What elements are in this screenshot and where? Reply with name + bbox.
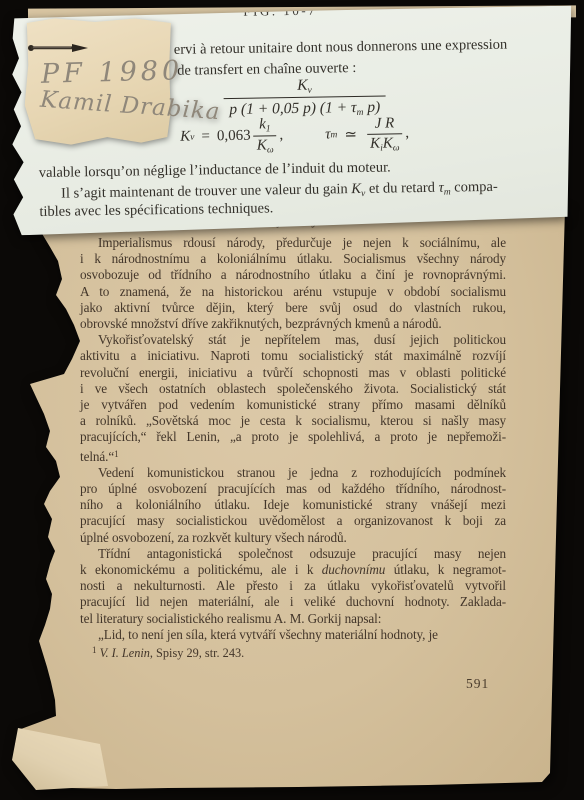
text-line: úplné osvobození, za rozkvět kultury vše… bbox=[80, 530, 506, 546]
text-segment: telná.“ bbox=[80, 449, 114, 464]
footnote-author: V. I. Lenin bbox=[100, 646, 150, 660]
text-line: Třídní antagonistická společnost odsuzuj… bbox=[80, 546, 506, 562]
approx-sign: ≃ bbox=[344, 125, 357, 144]
body-text: Imperialismus rdousí národy, předurčuje … bbox=[80, 235, 506, 643]
text-line: Vedení komunistickou stranou je jedna z … bbox=[80, 465, 506, 481]
handwritten-line: PF 1980 bbox=[41, 55, 184, 90]
text-line: i k národnostnímu a koloniálnímu útlaku.… bbox=[80, 251, 506, 267]
text-line: pro úplné osvobození pracujících mas od … bbox=[80, 481, 506, 497]
comma: , bbox=[405, 125, 409, 142]
text-line: telná.“1 bbox=[80, 446, 506, 465]
page-number: 591 bbox=[466, 676, 489, 692]
text-line: pracující masy socialistickou uvědomělos… bbox=[80, 513, 506, 529]
text-line: „Lid, to není jen síla, která vytváří vš… bbox=[80, 627, 506, 643]
text-line: revoluční energii, iniciativu a tvůrčí s… bbox=[80, 365, 506, 381]
math-subscript: m bbox=[330, 130, 337, 140]
text-line: je vytvářen pod vedením komunistické str… bbox=[80, 397, 506, 413]
math-subscript: ω bbox=[393, 143, 400, 153]
math-subscript: v bbox=[307, 86, 311, 96]
inline-fraction: J R KiKω bbox=[367, 115, 403, 154]
footnote: 1 V. I. Lenin, Spisy 29, str. 243. bbox=[92, 645, 244, 661]
pinned-note-layer: PF 1980 Kamil Drabika bbox=[0, 0, 300, 200]
text-line: a rolníků. „Sovětská moc je cesta k soci… bbox=[80, 413, 506, 429]
text-line: jako aktivní tvůrce dějin, který bere sv… bbox=[80, 300, 506, 316]
text-line: Vykořisťovatelský stát je nepřítelem mas… bbox=[80, 332, 506, 348]
text-line: pracujících,“ řekl Lenin, „a proto je sp… bbox=[80, 429, 506, 445]
text-line: i ve všech ostatních oblastech společens… bbox=[80, 381, 506, 397]
text-line: k ekonomickému a politickému, ale i k du… bbox=[80, 562, 506, 578]
text-line: tel literatury socialistického realismu … bbox=[80, 611, 506, 627]
formula-denominator: KiKω bbox=[367, 133, 403, 154]
math-var: K bbox=[370, 135, 380, 151]
pin-icon bbox=[26, 40, 92, 56]
text-segment: et du retard bbox=[365, 180, 439, 197]
text-segment: compa- bbox=[450, 179, 497, 196]
text-line: osvobozuje od třídního a národnostního ú… bbox=[80, 267, 506, 283]
text-line: aktivitu a iniciativu. Naproti tomu soci… bbox=[80, 348, 506, 364]
text-line: nosti a nekulturnosti. Ale přesto i za ú… bbox=[80, 578, 506, 594]
math-var: K bbox=[351, 181, 361, 197]
text-line: pracující lid nejen materiální, ale i ve… bbox=[80, 594, 506, 610]
scanned-document: oblasti výstavby. Imperialismus rdousí n… bbox=[0, 0, 584, 800]
text-line: A to znamená, že na historickou arénu vs… bbox=[80, 284, 506, 300]
footnote-marker: 1 bbox=[92, 645, 97, 655]
book-page: oblasti výstavby. Imperialismus rdousí n… bbox=[8, 208, 566, 792]
footnote-marker: 1 bbox=[114, 449, 118, 459]
text-line: tibles avec les spécifications technique… bbox=[39, 200, 273, 221]
text-line: obrovské množství dříve zakřiknutých, be… bbox=[80, 316, 506, 332]
emphasized-word: duchovnímu bbox=[322, 562, 385, 577]
formula-numerator: J R bbox=[372, 115, 398, 133]
math-expr: p) bbox=[363, 99, 380, 116]
text-segment: útlaku, k negramot- bbox=[385, 562, 506, 577]
footnote-rest: , Spisy 29, str. 243. bbox=[150, 646, 244, 660]
text-segment: k ekonomickému a politickému, ale i k bbox=[80, 562, 322, 577]
text-line: ního a koloniálního útlaku. Ideje komuni… bbox=[80, 497, 506, 513]
